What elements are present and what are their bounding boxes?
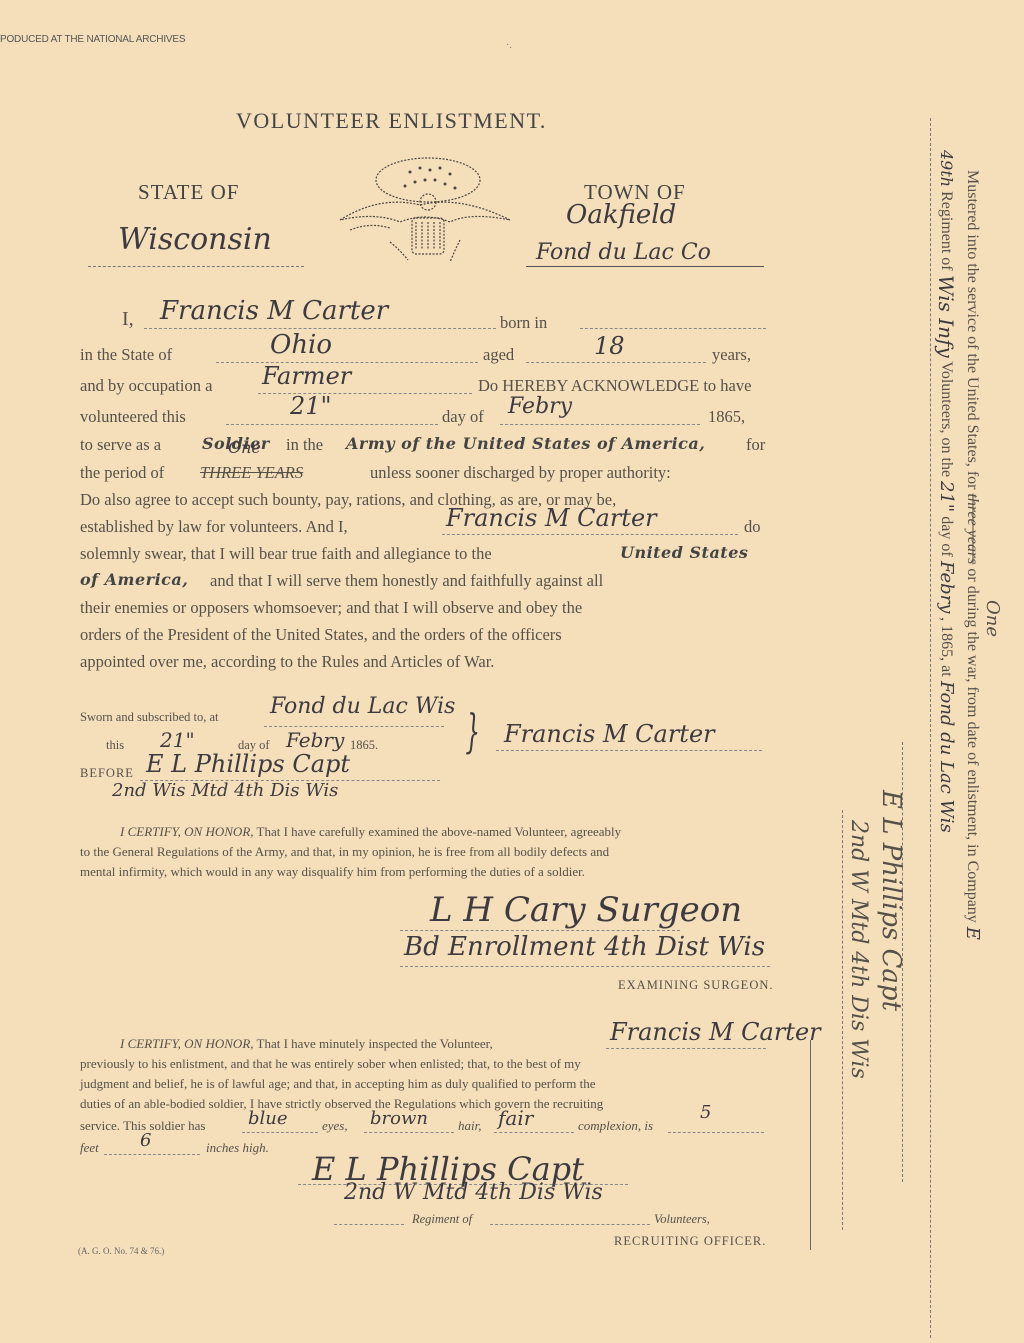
feet-line [668, 1132, 764, 1133]
volunteer-name: Francis M Carter [160, 296, 388, 326]
enlist-day-underline [226, 424, 438, 425]
occupation-prefix: and by occupation a [80, 373, 212, 399]
sworn-place-underline [264, 726, 444, 727]
hair-value: brown [370, 1108, 428, 1129]
years-label: years, [712, 342, 751, 368]
intro-pronoun: I, [122, 306, 134, 332]
of-america-text: of America, [80, 570, 188, 589]
muster-line2: 49th Regiment of Wis Infy Volunteers, on… [934, 150, 958, 832]
volunteer-signature-line [496, 750, 762, 751]
oath-name-underline [442, 534, 738, 535]
enlist-month: Febry [508, 394, 572, 419]
eagle-emblem-icon [330, 150, 520, 274]
eyes-line [242, 1132, 318, 1133]
sworn-month: Febry [286, 728, 344, 752]
army-text: Army of the United States of America, [346, 434, 705, 453]
para-orders: orders of the President of the United St… [80, 622, 562, 648]
mustering-note-rule [842, 810, 843, 1230]
regiment-state-line [490, 1224, 650, 1225]
sworn-place: Fond du Lac Wis [270, 694, 455, 719]
muster-place: Fond du Lac Wis [926, 681, 967, 833]
period-struck: THREE YEARS [200, 460, 303, 486]
recruiter-cert-line2: previously to his enlistment, and that h… [80, 1054, 770, 1074]
muster-month: Febry [922, 561, 971, 613]
oath-name: Francis M Carter [446, 504, 657, 532]
muster-regiment-state: Wis Infy [910, 275, 982, 358]
surgeon-signature-note: Bd Enrollment 4th Dist Wis [404, 932, 765, 962]
sworn-label: Sworn and subscribed to, at [80, 710, 219, 725]
sworn-year: 1865. [350, 738, 378, 753]
muster-regiment-number: 49th [937, 150, 956, 187]
enlist-day: 21" [290, 392, 332, 420]
surgeon-cert-line2: to the General Regulations of the Army, … [80, 842, 770, 862]
volunteer-signature: Francis M Carter [504, 720, 715, 748]
recruiting-officer-title: RECRUITING OFFICER. [614, 1234, 766, 1249]
muster-day: 21" [928, 481, 965, 512]
archives-stamp: PODUCED AT THE NATIONAL ARCHIVES [0, 34, 185, 45]
para-swear: solemnly swear, that I will bear true fa… [80, 541, 492, 567]
age-value: 18 [594, 332, 625, 360]
period-correction: One [228, 438, 261, 457]
surgeon-certification: I CERTIFY, ON HONOR, That I have careful… [80, 822, 770, 882]
recruiter-cert-line3: judgment and belief, he is of lawful age… [80, 1074, 770, 1094]
volunteers-label: Volunteers, [654, 1212, 710, 1227]
feet-label: feet [80, 1138, 99, 1158]
print-mark: ·. [506, 40, 512, 51]
enlist-month-underline [500, 424, 700, 425]
county-value: Fond du Lac Co [536, 240, 711, 265]
feet-value: 5 [700, 1102, 711, 1123]
state-value: Wisconsin [118, 222, 272, 257]
period-suffix: unless sooner discharged by proper autho… [370, 460, 671, 486]
sworn-day: 21" [160, 728, 195, 752]
muster-struck-term: three years [964, 493, 981, 564]
surgeon-cert-lead: I CERTIFY, ON HONOR, [120, 824, 254, 839]
inspected-volunteer-name: Francis M Carter [610, 1018, 821, 1046]
muster-term-correction: One [982, 600, 1003, 637]
regiment-of-label: Regiment of [412, 1212, 472, 1227]
document-title: VOLUNTEER ENLISTMENT. [236, 108, 547, 134]
regiment-number-line [334, 1224, 404, 1225]
examining-surgeon-title: EXAMINING SURGEON. [618, 978, 774, 993]
serve-middle: in the [286, 432, 323, 458]
surgeon-signature: L H Cary Surgeon [430, 890, 742, 930]
state-prefix: in the State of [80, 342, 172, 368]
aged-label: aged [483, 342, 514, 368]
inches-label: inches high. [206, 1138, 269, 1158]
hair-line [364, 1132, 454, 1133]
complexion-value: fair [498, 1106, 533, 1130]
period-prefix: the period of [80, 460, 164, 486]
para-serve: and that I will serve them honestly and … [210, 568, 603, 594]
united-states-text: United States [620, 543, 748, 562]
recruiter-cert-line1: That I have minutely inspected the Volun… [257, 1036, 493, 1051]
sworn-this-label: this [106, 738, 124, 753]
hair-label: hair, [458, 1116, 481, 1136]
mustering-officer-note: 2nd W Mtd 4th Dis Wis [846, 820, 871, 1079]
muster-company: E [962, 927, 983, 940]
para-enemies: their enemies or opposers whomsoever; an… [80, 595, 582, 621]
mustering-signature-rule [902, 742, 903, 1182]
surgeon-cert-line3: mental infirmity, which would in any way… [80, 862, 770, 882]
muster-regiment-label: Regiment of [938, 191, 955, 271]
inspected-name-line [606, 1048, 766, 1049]
town-underline [526, 266, 764, 267]
occupation-value: Farmer [262, 362, 351, 390]
complexion-label: complexion, is [578, 1116, 653, 1136]
recruiter-certification: I CERTIFY, ON HONOR, That I have minutel… [80, 1034, 770, 1114]
para-established: established by law for volunteers. And I… [80, 514, 348, 540]
born-in-field [580, 328, 766, 329]
serve-suffix: for [746, 432, 765, 458]
volunteered-prefix: volunteered this [80, 404, 186, 430]
born-in-label: born in [500, 310, 547, 336]
muster-year-label: , 1865, at [938, 617, 955, 677]
recruiter-cert-lead: I CERTIFY, ON HONOR, [120, 1036, 254, 1051]
recruiter-signature-note: 2nd W Mtd 4th Dis Wis [344, 1180, 603, 1205]
state-label: STATE OF [138, 180, 239, 205]
serve-prefix: to serve as a [80, 432, 161, 458]
sworn-brace: } [465, 704, 480, 758]
surgeon-signature-line [400, 930, 680, 931]
surgeon-cert-line1: That I have carefully examined the above… [257, 824, 622, 839]
inches-line [104, 1154, 200, 1155]
muster-day-of-label: day of [938, 516, 955, 556]
eyes-label: eyes, [322, 1116, 348, 1136]
before-label: BEFORE [80, 766, 134, 781]
para-appointed: appointed over me, according to the Rule… [80, 649, 494, 675]
margin-divider [810, 1040, 811, 1250]
surgeon-note-line [400, 966, 770, 967]
enlist-year: 1865, [708, 404, 745, 430]
age-underline [526, 362, 706, 363]
town-value: Oakfield [566, 200, 676, 230]
eyes-value: blue [248, 1108, 288, 1129]
born-state: Ohio [270, 330, 332, 360]
complexion-line [494, 1132, 574, 1133]
sworn-officer-note: 2nd Wis Mtd 4th Dis Wis [112, 780, 338, 801]
day-of-label: day of [442, 404, 484, 430]
muster-volunteers-label: Volunteers, on the [938, 361, 955, 477]
para-do: do [744, 514, 761, 540]
name-underline [144, 328, 496, 329]
state-underline [88, 266, 304, 267]
sworn-officer-signature: E L Phillips Capt [146, 750, 350, 778]
inches-value: 6 [140, 1130, 151, 1151]
order-reference: (A. G. O. No. 74 & 76.) [78, 1246, 164, 1256]
